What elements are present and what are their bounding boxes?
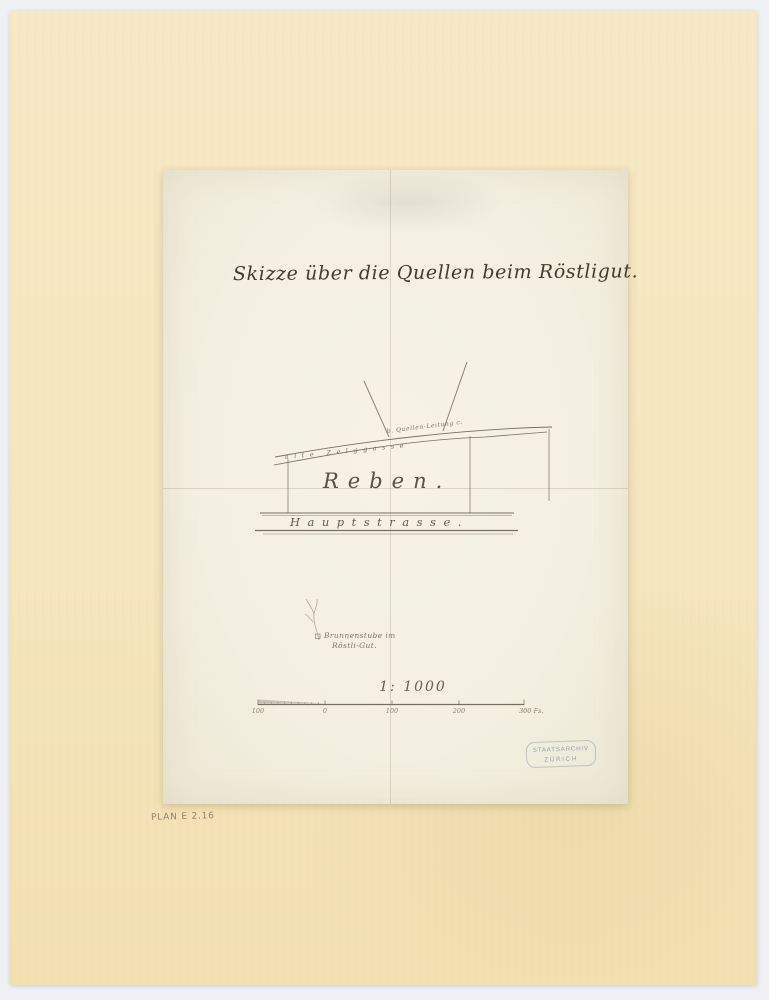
scanned-archive-page: PLAN E 2.16 Skizze über die Quellen beim… [0, 0, 769, 1000]
well-caption-line2: Röstli-Gut. [332, 641, 377, 650]
archive-stamp: STAATSARCHIV ZÜRICH [526, 740, 597, 768]
label-vineyard: Reben. [323, 469, 451, 493]
scale-tick-1: 0 [323, 707, 327, 715]
spring-conduit-left [364, 381, 389, 437]
label-main-street: Hauptstrasse. [290, 515, 469, 529]
scale-tick-4: 300 Fs. [519, 707, 543, 715]
archive-stamp-line1: STAATSARCHIV [529, 745, 593, 754]
scale-tick-2: 100 [386, 707, 398, 715]
scale-bar-wedge [258, 700, 325, 704]
well-caption-line1: Brunnenstube im [324, 631, 396, 640]
scale-tick-3: 200 [452, 707, 465, 715]
backing-paper: PLAN E 2.16 Skizze über die Quellen beim… [10, 11, 757, 985]
archive-stamp-line2: ZÜRICH [529, 755, 593, 764]
label-old-lane: alte Zelggasse [284, 441, 409, 461]
scale-ratio-label: 1: 1000 [348, 679, 478, 695]
scale-tick-0: 100 [252, 707, 264, 715]
plan-sheet: Skizze über die Quellen beim Röstligut. [163, 170, 628, 804]
archive-catalog-note: PLAN E 2.16 [151, 811, 215, 823]
